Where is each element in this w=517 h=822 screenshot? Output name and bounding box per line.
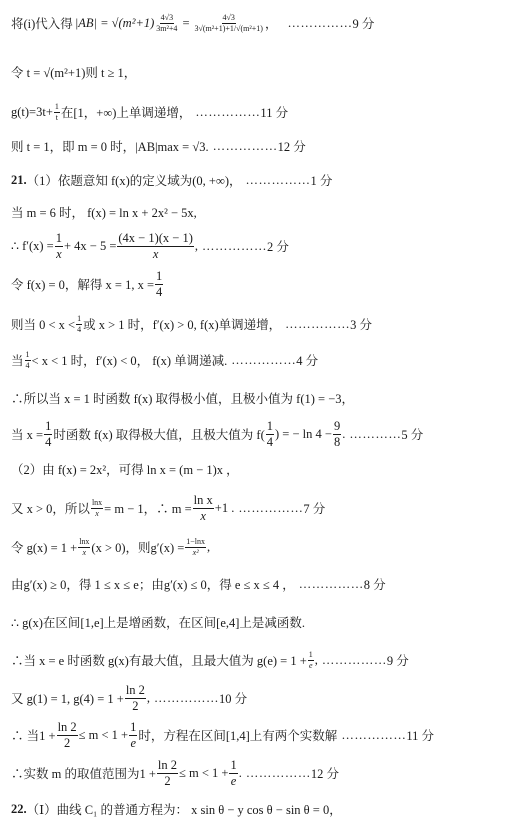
line-text: ∴实数 m 的取值范围为1 + bbox=[11, 764, 156, 782]
punctuation: . bbox=[239, 766, 242, 781]
score-leader: …………… bbox=[195, 105, 260, 120]
score-leader: …………… bbox=[299, 577, 364, 592]
fraction: 1e bbox=[129, 721, 137, 749]
score-label: 10 分 bbox=[219, 689, 247, 707]
score-leader: …………… bbox=[246, 766, 311, 781]
punctuation: , bbox=[195, 239, 198, 254]
fraction: ln xx bbox=[193, 494, 214, 522]
line-text: 令 g(x) = 1 + bbox=[11, 538, 77, 556]
score-label: 8 分 bbox=[364, 575, 386, 593]
question-number: 21. bbox=[11, 173, 27, 188]
line-text: 当 x = bbox=[11, 425, 43, 443]
solution-line-3: g(t)=3t+ 1t 在[1，+∞)上单调递增， …………… 11 分 bbox=[11, 100, 288, 124]
line-text: ≤ m < 1 + bbox=[79, 728, 128, 743]
fraction: 4√33√(m²+1)+1/√(m²+1) bbox=[194, 14, 264, 33]
solution-line-1: 将(i)代入得 |AB| = √(m²+1) 4√33m²+4 = 4√33√(… bbox=[11, 6, 374, 40]
score-leader: …………… bbox=[231, 353, 296, 368]
score-label: 5 分 bbox=[401, 425, 423, 443]
score-leader: …………… bbox=[246, 173, 311, 188]
score-label: 2 分 bbox=[267, 237, 289, 255]
line-text: 当 m = 6 时， f(x) = ln x + 2x² − 5x, bbox=[11, 203, 197, 221]
line-text: （Ⅰ）曲线 C₁ 的普通方程为： x sin θ − y cos θ − sin… bbox=[27, 800, 342, 818]
fraction: ln 22 bbox=[57, 721, 78, 749]
fraction: ln 22 bbox=[157, 759, 178, 787]
line-text: +1 . bbox=[215, 501, 235, 516]
score-leader: …………… bbox=[287, 16, 352, 31]
score-leader: …………… bbox=[285, 317, 350, 332]
line-text: 则当 0 < x < bbox=[11, 315, 75, 333]
line-text: ∴ 当1 + bbox=[11, 726, 56, 744]
solution-line-4: 则 t = 1，即 m = 0 时，|AB|max = √3. …………… 12… bbox=[11, 136, 306, 156]
fraction: 98 bbox=[333, 420, 341, 448]
line-text: 在[1，+∞)上单调递增， bbox=[61, 103, 192, 121]
fraction: 1t bbox=[54, 103, 60, 122]
solution-line-10: 当 14 < x < 1 时，f′(x) < 0， f(x) 单调递减. ………… bbox=[11, 349, 318, 371]
equals-sign: = bbox=[182, 16, 189, 31]
line-text: ) = − ln 4 − bbox=[275, 427, 332, 442]
fraction: 14 bbox=[76, 315, 82, 334]
line-text: (x > 0)，则g′(x) = bbox=[91, 538, 184, 556]
fraction: (4x − 1)(x − 1)x bbox=[117, 232, 194, 260]
punctuation: , bbox=[147, 691, 150, 706]
line-text: g(t)=3t+ bbox=[11, 105, 53, 120]
line-text: + 4x − 5 = bbox=[64, 239, 116, 254]
score-label: 11 分 bbox=[260, 103, 288, 121]
line-text: 令 f(x) = 0，解得 x = 1, x = bbox=[11, 275, 154, 293]
line-text: 将(i)代入得 bbox=[11, 14, 73, 32]
score-label: 4 分 bbox=[296, 351, 318, 369]
line-text: 当 bbox=[11, 351, 24, 369]
solution-line-9: 则当 0 < x < 14 或 x > 1 时，f′(x) > 0, f(x)单… bbox=[11, 313, 372, 335]
solution-line-19: 又 g(1) = 1, g(4) = 1 + ln 22 , …………… 10 … bbox=[11, 680, 247, 716]
solution-line-16: 由g′(x) ≥ 0，得 1 ≤ x ≤ e；由g′(x) ≤ 0，得 e ≤ … bbox=[11, 574, 386, 594]
solution-line-5: 21. （1）依题意知 f(x)的定义域为(0, +∞)， …………… 1 分 bbox=[11, 170, 332, 190]
punctuation: . bbox=[342, 427, 345, 442]
punctuation: , bbox=[315, 653, 318, 668]
score-label: 9 分 bbox=[387, 651, 409, 669]
question-number: 22. bbox=[11, 802, 27, 817]
solution-line-11: ∴所以当 x = 1 时函数 f(x) 取得极小值，且极小值为 f(1) = −… bbox=[11, 388, 354, 408]
line-text: 令 t = √(m²+1)则 t ≥ 1， bbox=[11, 63, 136, 81]
score-leader: …………… bbox=[154, 691, 219, 706]
line-text: 或 x > 1 时，f′(x) > 0, f(x)单调递增， bbox=[83, 315, 281, 333]
solution-line-21: ∴实数 m 的取值范围为1 + ln 22 ≤ m < 1 + 1e . ………… bbox=[11, 755, 339, 791]
solution-line-8: 令 f(x) = 0，解得 x = 1, x = 14 bbox=[11, 266, 164, 302]
fraction: 4√33m²+4 bbox=[155, 14, 178, 33]
punctuation: ， bbox=[265, 14, 278, 32]
line-text: < x < 1 时，f′(x) < 0， f(x) 单调递减. bbox=[32, 351, 228, 369]
score-leader: …………… bbox=[341, 728, 406, 743]
solution-line-13: （2）由 f(x) = 2x²，可得 ln x = (m − 1)x ， bbox=[11, 459, 239, 479]
punctuation: , bbox=[207, 540, 210, 555]
line-text: 则 t = 1，即 m = 0 时，|AB|max = √3. bbox=[11, 137, 209, 155]
fraction: 1e bbox=[308, 651, 314, 670]
fraction: 14 bbox=[44, 420, 52, 448]
solution-line-14: 又 x > 0，所以 lnxx = m − 1，∴ m = ln xx +1 .… bbox=[11, 490, 325, 526]
line-text: 时函数 f(x) 取得极大值，且极大值为 f( bbox=[53, 425, 264, 443]
fraction: 1−lnxx² bbox=[185, 538, 206, 557]
score-label: 1 分 bbox=[311, 171, 333, 189]
line-text: ∴所以当 x = 1 时函数 f(x) 取得极小值，且极小值为 f(1) = −… bbox=[11, 389, 354, 407]
solution-line-15: 令 g(x) = 1 + lnxx (x > 0)，则g′(x) = 1−lnx… bbox=[11, 535, 210, 559]
fraction: ln 22 bbox=[125, 684, 146, 712]
fraction: 14 bbox=[25, 351, 31, 370]
fraction: 14 bbox=[155, 270, 163, 298]
line-text: ∴ f′(x) = bbox=[11, 238, 54, 254]
score-label: 9 分 bbox=[352, 14, 374, 32]
fraction: 14 bbox=[266, 420, 274, 448]
solution-line-7: ∴ f′(x) = 1x + 4x − 5 = (4x − 1)(x − 1)x… bbox=[11, 228, 289, 264]
line-text: 由g′(x) ≥ 0，得 1 ≤ x ≤ e；由g′(x) ≤ 0，得 e ≤ … bbox=[11, 575, 295, 593]
solution-line-2: 令 t = √(m²+1)则 t ≥ 1， bbox=[11, 62, 136, 82]
score-leader: …………… bbox=[213, 139, 278, 154]
fraction: 1x bbox=[55, 232, 63, 260]
line-text: ∴ g(x)在区间[1,e]上是增函数，在区间[e,4]上是减函数. bbox=[11, 613, 305, 631]
line-text: 又 x > 0，所以 bbox=[11, 499, 90, 517]
score-leader: …………… bbox=[202, 239, 267, 254]
score-leader: ………… bbox=[349, 427, 401, 442]
score-label: 3 分 bbox=[350, 315, 372, 333]
fraction: lnxx bbox=[91, 499, 103, 518]
fraction: lnxx bbox=[78, 538, 90, 557]
score-leader: …………… bbox=[322, 653, 387, 668]
line-text: = m − 1，∴ m = bbox=[104, 499, 191, 517]
score-leader: …………… bbox=[238, 501, 303, 516]
score-label: 12 分 bbox=[278, 137, 306, 155]
solution-line-12: 当 x = 14 时函数 f(x) 取得极大值，且极大值为 f( 14 ) = … bbox=[11, 416, 423, 452]
score-label: 12 分 bbox=[311, 764, 339, 782]
line-text: （1）依题意知 f(x)的定义域为(0, +∞)， bbox=[27, 171, 242, 189]
line-text: （2）由 f(x) = 2x²，可得 ln x = (m − 1)x ， bbox=[11, 460, 239, 478]
line-text: ≤ m < 1 + bbox=[179, 766, 228, 781]
score-label: 7 分 bbox=[303, 499, 325, 517]
solution-line-22: 22. （Ⅰ）曲线 C₁ 的普通方程为： x sin θ − y cos θ −… bbox=[11, 799, 342, 819]
score-label: 11 分 bbox=[406, 726, 434, 744]
solution-line-20: ∴ 当1 + ln 22 ≤ m < 1 + 1e 时，方程在区间[1,4]上有… bbox=[11, 717, 434, 753]
solution-line-6: 当 m = 6 时， f(x) = ln x + 2x² − 5x, bbox=[11, 202, 197, 222]
line-text: 时，方程在区间[1,4]上有两个实数解 bbox=[138, 726, 337, 744]
fraction: 1e bbox=[229, 759, 237, 787]
solution-line-17: ∴ g(x)在区间[1,e]上是增函数，在区间[e,4]上是减函数. bbox=[11, 612, 305, 632]
solution-line-18: ∴当 x = e 时函数 g(x)有最大值，且最大值为 g(e) = 1 + 1… bbox=[11, 648, 409, 672]
math-expression: |AB| = √(m²+1) bbox=[75, 16, 154, 31]
line-text: ∴当 x = e 时函数 g(x)有最大值，且最大值为 g(e) = 1 + bbox=[11, 651, 307, 669]
line-text: 又 g(1) = 1, g(4) = 1 + bbox=[11, 689, 124, 707]
